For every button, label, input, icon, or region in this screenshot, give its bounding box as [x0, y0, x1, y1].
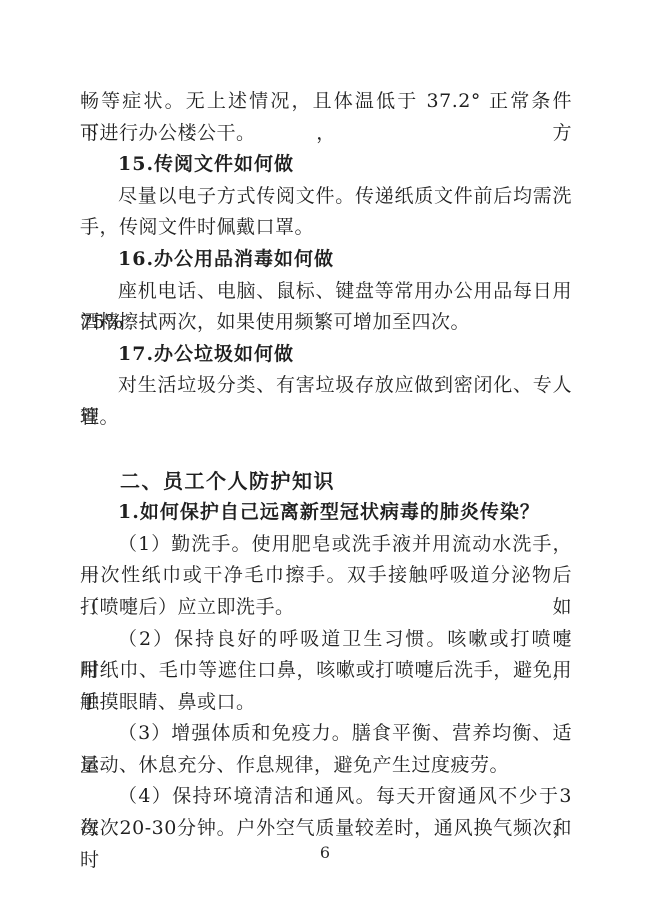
body-line: 对生活垃圾分类、有害垃圾存放应做到密闭化、专人管	[80, 370, 572, 402]
document-body: 畅等症状。无上述情况，且体温低于 37.2° 正常条件下，方 可进行办公楼公干。…	[80, 86, 572, 845]
body-line: 触摸眼睛、鼻或口。	[80, 687, 572, 719]
body-line: 每次20-30分钟。户外空气质量较差时，通风换气频次和时	[80, 813, 572, 845]
body-line: 理。	[80, 402, 572, 434]
body-line: （4）保持环境清洁和通风。每天开窗通风不少于3次，	[80, 781, 572, 813]
body-line: 手，传阅文件时佩戴口罩。	[80, 212, 572, 244]
body-line: （1）勤洗手。使用肥皂或洗手液并用流动水洗手，用	[80, 529, 572, 561]
body-line: （3）增强体质和免疫力。膳食平衡、营养均衡、适量	[80, 718, 572, 750]
body-line: 运动、休息充分、作息规律，避免产生过度疲劳。	[80, 750, 572, 782]
heading-item-17: 17.办公垃圾如何做	[80, 339, 572, 371]
body-line: 尽量以电子方式传阅文件。传递纸质文件前后均需洗	[80, 181, 572, 213]
body-line: 畅等症状。无上述情况，且体温低于 37.2° 正常条件下，方	[80, 86, 572, 118]
heading-item-15: 15.传阅文件如何做	[80, 149, 572, 181]
section-heading-2: 二、员工个人防护知识	[80, 466, 572, 498]
heading-item-16: 16.办公用品消毒如何做	[80, 244, 572, 276]
paragraph-spacer	[80, 434, 572, 466]
body-line: 一次性纸巾或干净毛巾擦手。双手接触呼吸道分泌物后（如	[80, 560, 572, 592]
document-page: 畅等症状。无上述情况，且体温低于 37.2° 正常条件下，方 可进行办公楼公干。…	[0, 0, 650, 919]
body-line: （2）保持良好的呼吸道卫生习惯。咳嗽或打喷嚏时，	[80, 624, 572, 656]
page-number: 6	[0, 843, 650, 862]
body-line: 座机电话、电脑、鼠标、键盘等常用办公用品每日用 75%	[80, 276, 572, 308]
body-line: 用纸巾、毛巾等遮住口鼻，咳嗽或打喷嚏后洗手，避免用手	[80, 655, 572, 687]
body-line: 酒精擦拭两次，如果使用频繁可增加至四次。	[80, 307, 572, 339]
heading-item-1: 1.如何保护自己远离新型冠状病毒的肺炎传染？	[80, 497, 572, 529]
